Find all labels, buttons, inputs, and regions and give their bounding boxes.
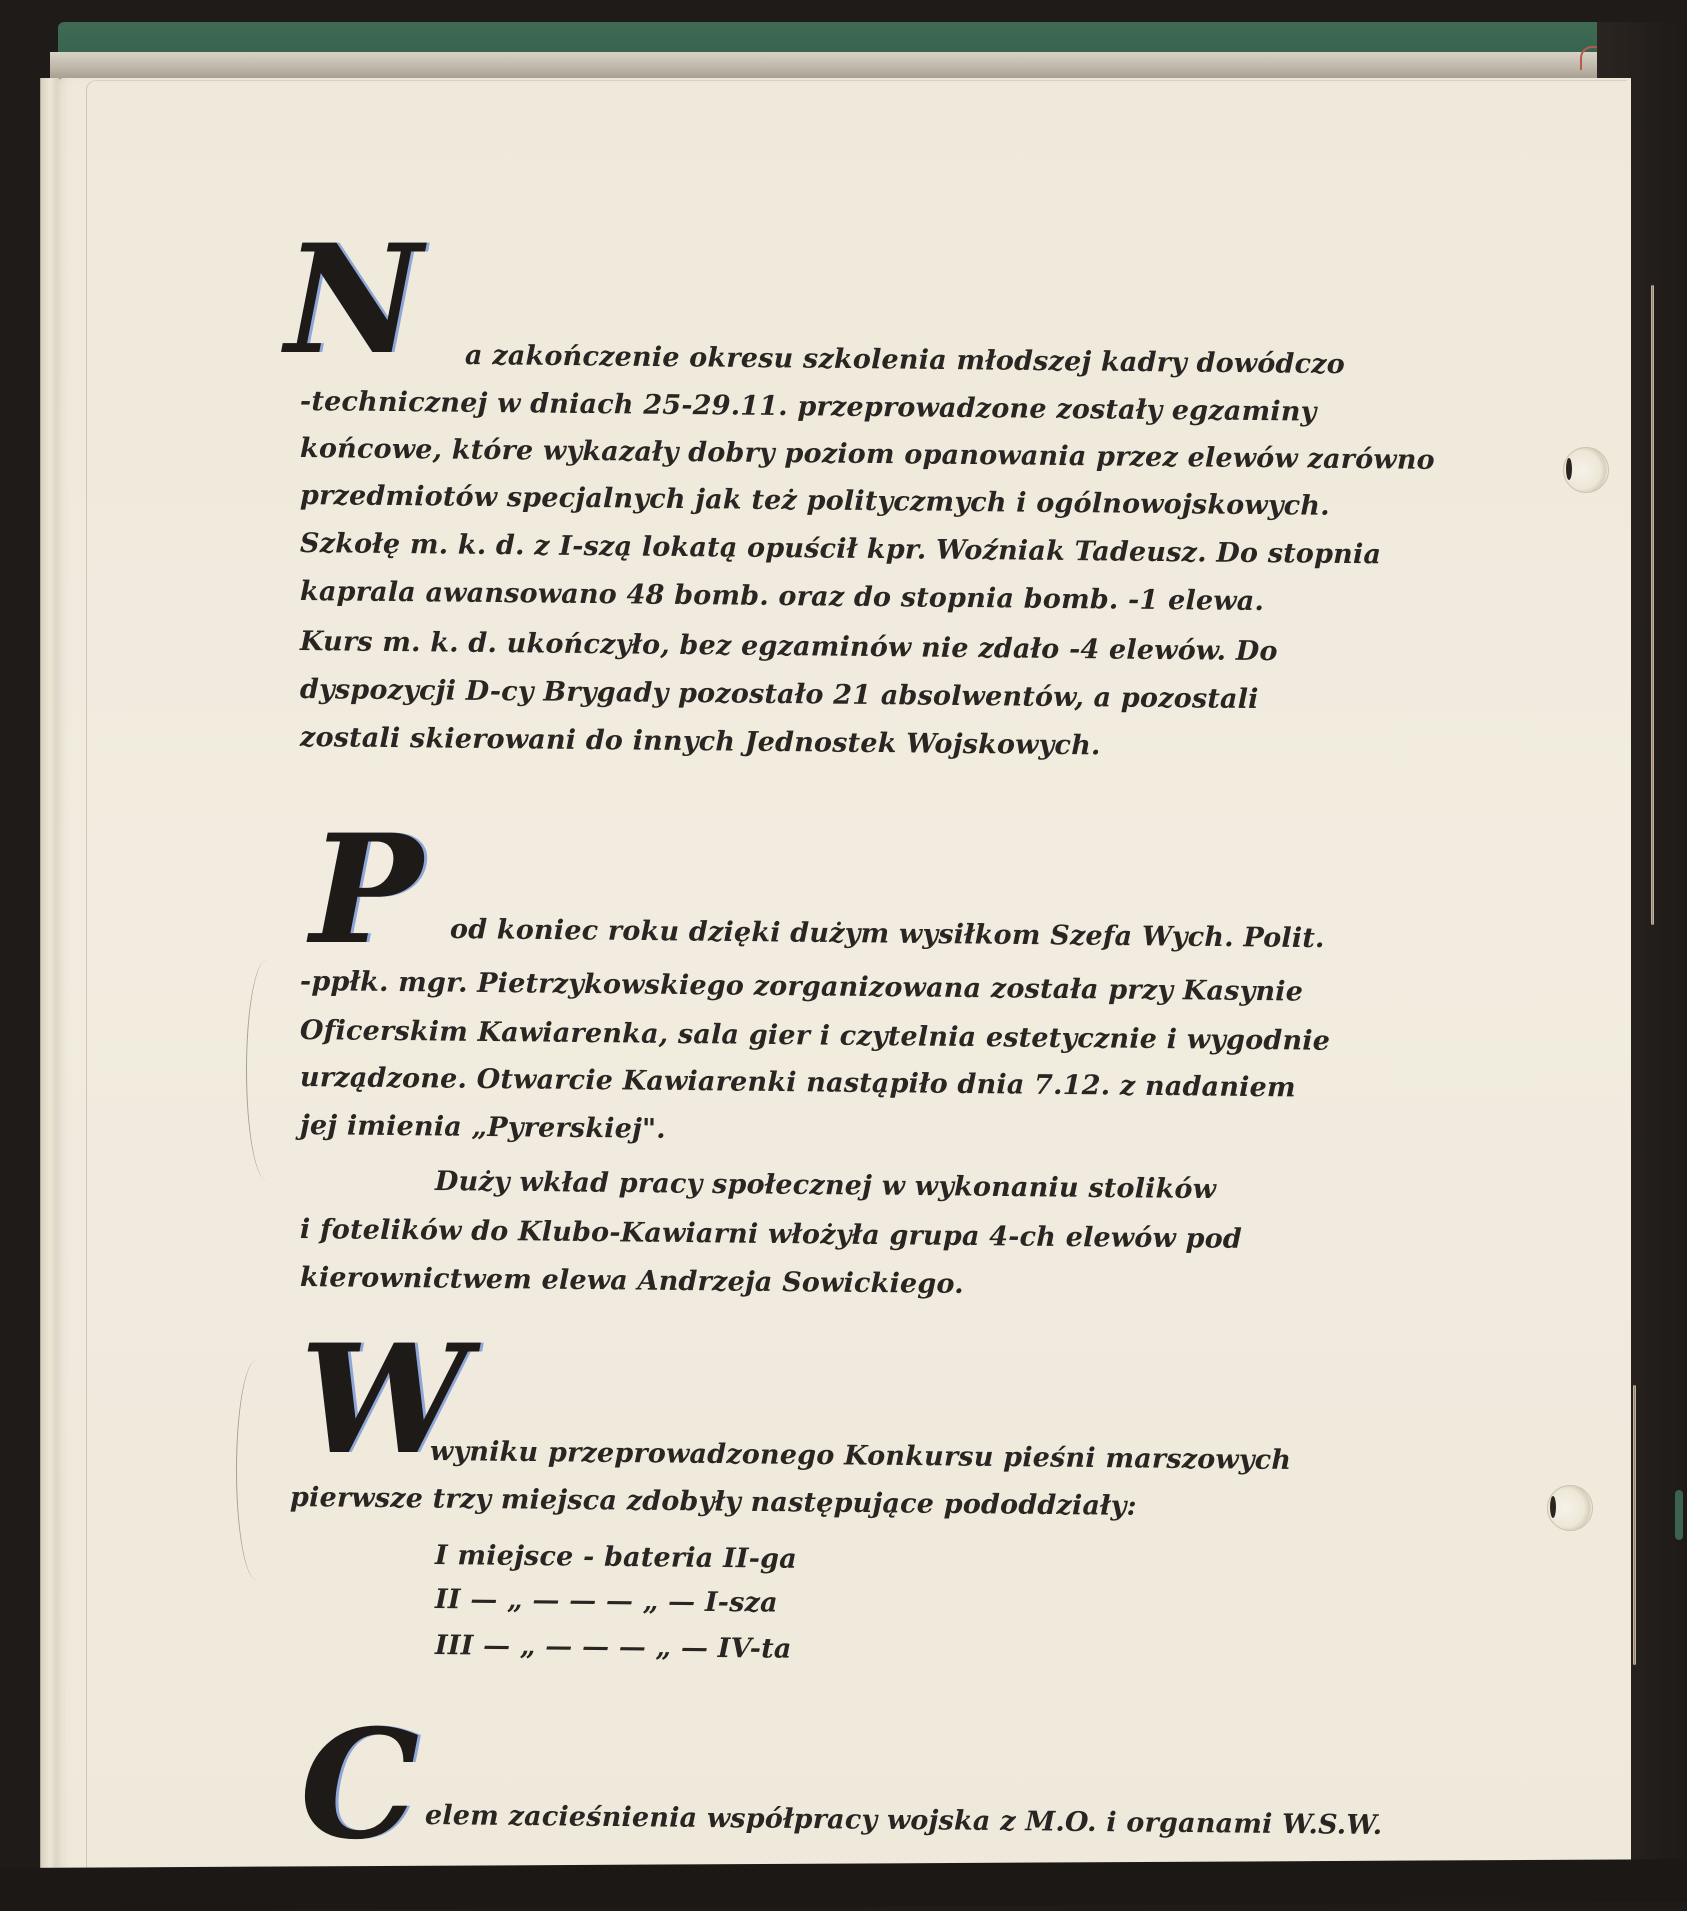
text-line: kierownictwem elewa Andrzeja Sowickiego.	[300, 1262, 964, 1300]
ranking-row: III — „ — — — „ — IV-ta	[435, 1630, 792, 1665]
text-line: i fotelików do Klubo-Kawiarni włożyła gr…	[300, 1214, 1242, 1255]
drop-cap-c: C	[300, 1710, 419, 1860]
ranking-place: I	[435, 1540, 448, 1571]
text-line: od koniec roku dzięki dużym wysiłkom Sze…	[450, 914, 1325, 954]
text-line: końcowe, które wykazały dobry poziom opa…	[300, 433, 1435, 476]
text-line: urządzone. Otwarcie Kawiarenki nastąpiło…	[300, 1062, 1296, 1103]
text-line: wyniku przeprowadzonego Konkursu pieśni …	[430, 1436, 1292, 1476]
ranking-text: miejsce - bateria II-ga	[457, 1540, 797, 1575]
scanned-page: N a zakończenie okresu szkolenia młodsze…	[0, 0, 1687, 1911]
text-line: jej imienia „Pyrerskiej".	[300, 1110, 666, 1145]
text-line: Kurs m. k. d. ukończyło, bez egzaminów n…	[300, 626, 1278, 667]
text-line: a zakończenie okresu szkolenia młodszej …	[465, 340, 1345, 380]
text-line: -ppłk. mgr. Pietrzykowskiego zorganizowa…	[300, 966, 1303, 1008]
ranking-text: — „ — — — „ — I-sza	[470, 1584, 778, 1618]
text-line: Szkołę m. k. d. z I-szą lokatą opuścił k…	[300, 528, 1381, 570]
text-line: kaprala awansowano 48 bomb. oraz do stop…	[300, 576, 1264, 617]
ranking-row: II — „ — — — „ — I-sza	[435, 1584, 778, 1619]
drop-cap-n: N	[285, 225, 422, 375]
drop-cap-p: P	[310, 815, 423, 965]
text-line: Duży wkład pracy społecznej w wykonaniu …	[435, 1166, 1216, 1205]
ranking-place: II	[435, 1584, 461, 1615]
text-line: Oficerskim Kawiarenka, sala gier i czyte…	[300, 1015, 1330, 1057]
ranking-text: — „ — — — „ — IV-ta	[483, 1631, 792, 1665]
text-line: pierwsze trzy miejsca zdobyły następując…	[290, 1482, 1137, 1522]
handwritten-text: N a zakończenie okresu szkolenia młodsze…	[0, 0, 1687, 1911]
ranking-row: I miejsce - bateria II-ga	[435, 1540, 797, 1575]
ranking-place: III	[435, 1630, 474, 1661]
text-line: -technicznej w dniach 25-29.11. przeprow…	[300, 386, 1317, 428]
scan-bottom-edge	[0, 1859, 1687, 1911]
text-line: przedmiotów specjalnych jak też politycz…	[300, 480, 1330, 522]
text-line: dyspozycji D-cy Brygady pozostało 21 abs…	[300, 674, 1259, 715]
text-line: zostali skierowani do innych Jednostek W…	[300, 722, 1101, 761]
text-line: elem zacieśnienia współpracy wojska z M.…	[425, 1800, 1383, 1841]
